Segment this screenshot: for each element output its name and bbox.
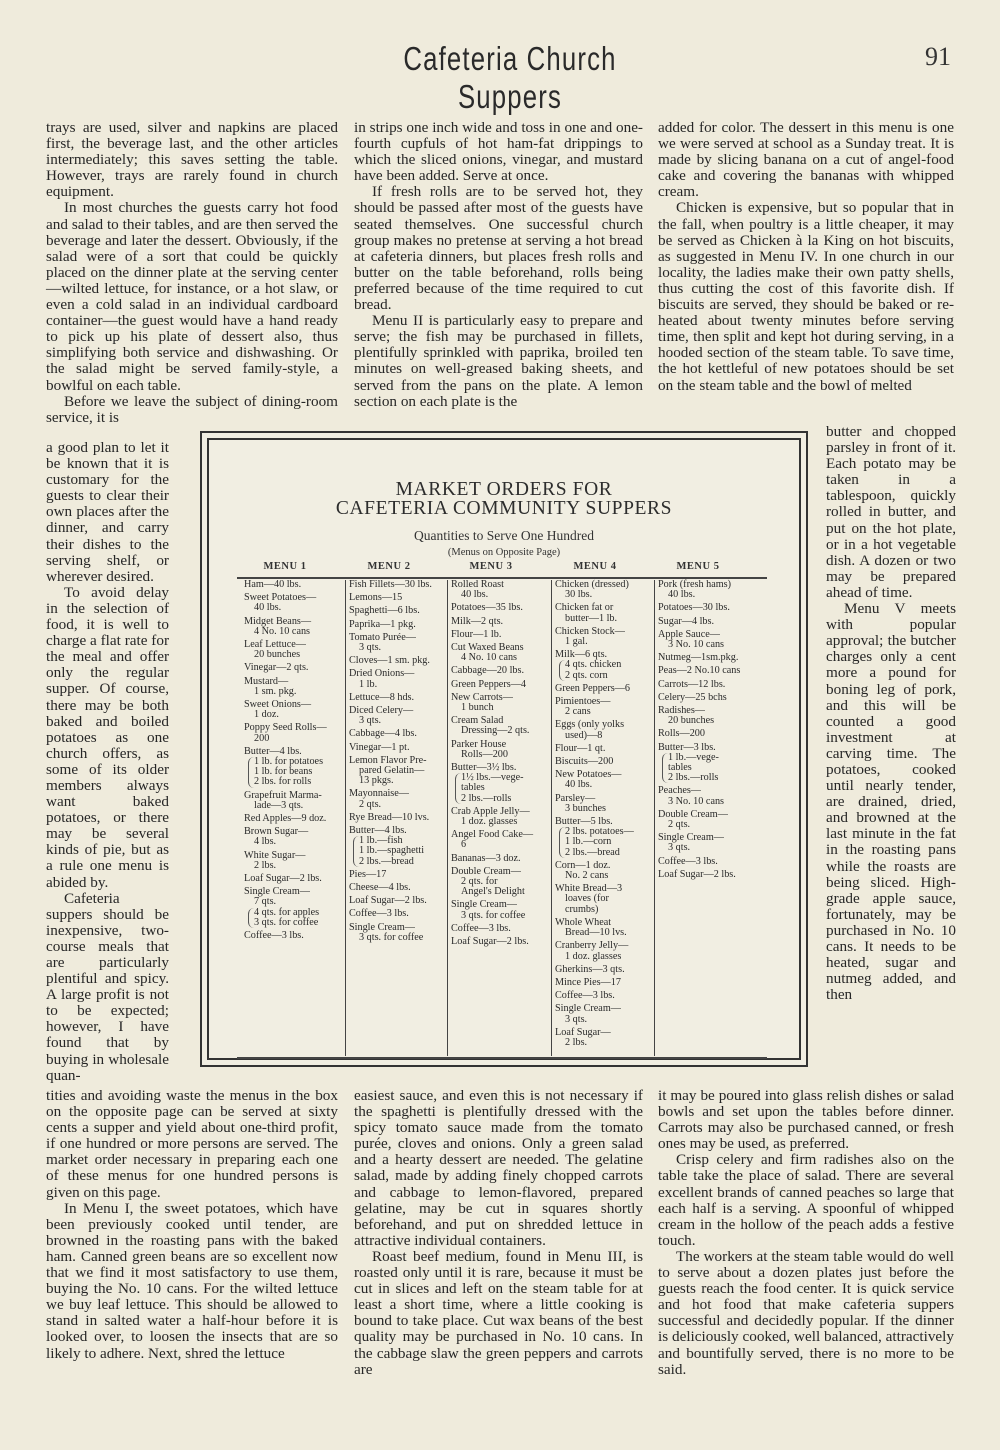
item-breakdown-brace: 1½ lbs.—vege-tables2 lbs.—rolls bbox=[455, 773, 551, 804]
market-item: Parker HouseRolls—200 bbox=[451, 740, 551, 760]
item-quantity: 20 bunches bbox=[658, 716, 767, 726]
column-3-top: added for color. The dessert in this men… bbox=[658, 120, 954, 394]
market-item: Sugar—4 lbs. bbox=[658, 617, 767, 627]
item-name: Rolls—200 bbox=[658, 729, 767, 739]
item-quantity: Angel's Delight bbox=[451, 887, 551, 897]
item-name: Loaf Sugar—2 lbs. bbox=[244, 874, 345, 884]
market-item: Dried Onions—1 lb. bbox=[349, 669, 447, 689]
market-item: Lettuce—8 hds. bbox=[349, 693, 447, 703]
market-item: Coffee—3 lbs. bbox=[244, 931, 345, 941]
item-quantity: 3 qts. bbox=[555, 1015, 654, 1025]
item-name: Cranberry Jelly— bbox=[555, 941, 654, 951]
paragraph: Crisp celery and firm radishes also on t… bbox=[658, 1152, 954, 1249]
page-number: 91 bbox=[925, 42, 951, 72]
market-item: Loaf Sugar—2 lbs. bbox=[349, 896, 447, 906]
item-breakdown-brace: 2 lbs. potatoes—1 lb.—corn2 lbs.—bread bbox=[559, 827, 654, 858]
item-quantity: 3 qts. bbox=[658, 843, 767, 853]
menu-header-1: MENU 1 bbox=[233, 561, 337, 572]
item-quantity: 1 doz. bbox=[244, 710, 345, 720]
item-name: Vinegar—1 pt. bbox=[349, 743, 447, 753]
market-item: Mustard—1 sm. pkg. bbox=[244, 677, 345, 697]
item-name: Potatoes—35 lbs. bbox=[451, 603, 551, 613]
market-item: Poppy Seed Rolls—200 bbox=[244, 723, 345, 743]
item-quantity: Rolls—200 bbox=[451, 750, 551, 760]
menu-5-list: Pork (fresh hams)40 lbs.Potatoes—30 lbs.… bbox=[654, 580, 767, 1056]
column-1-top: trays are used, silver and napkins are p… bbox=[46, 120, 338, 426]
item-quantity: 1 lb. bbox=[349, 680, 447, 690]
item-name: Angel Food Cake— bbox=[451, 830, 551, 840]
item-name: Bananas—3 doz. bbox=[451, 854, 551, 864]
item-name: Biscuits—200 bbox=[555, 757, 654, 767]
item-name: Lettuce—8 hds. bbox=[349, 693, 447, 703]
market-item: Ham—40 lbs. bbox=[244, 580, 345, 590]
item-name: Green Peppers—4 bbox=[451, 680, 551, 690]
market-item: Corn—1 doz.No. 2 cans bbox=[555, 861, 654, 881]
market-item: Cheese—4 lbs. bbox=[349, 883, 447, 893]
item-quantity: crumbs) bbox=[555, 905, 654, 915]
market-item: Rolled Roast40 lbs. bbox=[451, 580, 551, 600]
paragraph: In Menu I, the sweet potatoes, which hav… bbox=[46, 1201, 338, 1362]
market-item: Chicken Stock—1 gal. bbox=[555, 627, 654, 647]
market-item: Crab Apple Jelly—1 doz. glasses bbox=[451, 807, 551, 827]
market-item: Single Cream—3 qts. for coffee bbox=[349, 923, 447, 943]
market-item: Potatoes—35 lbs. bbox=[451, 603, 551, 613]
market-item: Butter—3 lbs.1 lb.—vege-tables2 lbs.—rol… bbox=[658, 743, 767, 784]
paragraph: added for color. The dessert in this men… bbox=[658, 120, 954, 200]
item-name: Spaghetti—6 lbs. bbox=[349, 606, 447, 616]
running-head: Cafeteria Church Suppers 91 bbox=[0, 40, 1000, 80]
item-name: Coffee—3 lbs. bbox=[451, 924, 551, 934]
market-item: Vinegar—2 qts. bbox=[244, 663, 345, 673]
item-quantity: Dressing—2 qts. bbox=[451, 726, 551, 736]
paragraph: trays are used, silver and napkins are p… bbox=[46, 120, 338, 200]
market-item: Angel Food Cake—6 bbox=[451, 830, 551, 850]
market-item: Butter—4 lbs.1 lb. for potatoes1 lb. for… bbox=[244, 747, 345, 788]
market-item: Single Cream—3 qts. for coffee bbox=[451, 900, 551, 920]
menu-header-3: MENU 3 bbox=[439, 561, 543, 572]
market-item: Cut Waxed Beans4 No. 10 cans bbox=[451, 643, 551, 663]
paragraph: Roast beef medium, found in Menu III, is… bbox=[354, 1249, 643, 1378]
item-quantity: 6 bbox=[451, 840, 551, 850]
item-quantity: 1 sm. pkg. bbox=[244, 687, 345, 697]
market-item: New Carrots—1 bunch bbox=[451, 693, 551, 713]
market-item: Green Peppers—4 bbox=[451, 680, 551, 690]
item-quantity: 1 doz. glasses bbox=[555, 952, 654, 962]
market-item: Loaf Sugar—2 lbs. bbox=[658, 870, 767, 880]
item-quantity: 3 qts. bbox=[349, 716, 447, 726]
item-name: Flour—1 lb. bbox=[451, 630, 551, 640]
item-name: Carrots—12 lbs. bbox=[658, 680, 767, 690]
item-name: Ham—40 lbs. bbox=[244, 580, 345, 590]
market-item: Cream SaladDressing—2 qts. bbox=[451, 716, 551, 736]
menu-3-list: Rolled Roast40 lbs.Potatoes—35 lbs.Milk—… bbox=[447, 580, 551, 1056]
paragraph: Menu V meets with popular approval; the … bbox=[826, 601, 956, 1003]
item-quantity: 1 gal. bbox=[555, 637, 654, 647]
item-name: Loaf Sugar—2 lbs. bbox=[349, 896, 447, 906]
item-quantity: 2 qts. bbox=[658, 820, 767, 830]
item-breakdown: 2 lbs.—rolls bbox=[456, 794, 551, 804]
item-quantity: used)—8 bbox=[555, 731, 654, 741]
market-item: Milk—6 qts.4 qts. chicken2 qts. corn bbox=[555, 650, 654, 681]
item-quantity: Bread—10 lvs. bbox=[555, 928, 654, 938]
market-item: Single Cream—3 qts. bbox=[658, 833, 767, 853]
item-quantity: 40 lbs. bbox=[555, 780, 654, 790]
item-name: Coffee—3 lbs. bbox=[244, 931, 345, 941]
market-item: Fish Fillets—30 lbs. bbox=[349, 580, 447, 590]
market-item: Paprika—1 pkg. bbox=[349, 620, 447, 630]
market-item: White Sugar—2 lbs. bbox=[244, 851, 345, 871]
item-name: Single Cream— bbox=[555, 1004, 654, 1014]
item-name: Lemons—15 bbox=[349, 593, 447, 603]
market-item: Carrots—12 lbs. bbox=[658, 680, 767, 690]
paragraph: it may be poured into glass relish dishe… bbox=[658, 1088, 954, 1152]
column-2-top: in strips one inch wide and toss in one … bbox=[354, 120, 643, 410]
item-quantity: 2 lbs. bbox=[244, 861, 345, 871]
item-quantity: lade—3 qts. bbox=[244, 801, 345, 811]
market-item: Spaghetti—6 lbs. bbox=[349, 606, 447, 616]
column-3-bottom: it may be poured into glass relish dishe… bbox=[658, 1088, 954, 1378]
market-item: Coffee—3 lbs. bbox=[451, 924, 551, 934]
item-quantity: 3 No. 10 cans bbox=[658, 797, 767, 807]
column-2-bottom: easiest sauce, and even this is not nece… bbox=[354, 1088, 643, 1378]
market-item: Butter—4 lbs.1 lb.—fish1 lb.—spaghetti2 … bbox=[349, 826, 447, 867]
market-item: Single Cream—7 qts.4 qts. for apples3 qt… bbox=[244, 887, 345, 928]
market-item: Eggs (only yolksused)—8 bbox=[555, 720, 654, 740]
column-3-wrap: butter and chopped parsley in front of i… bbox=[826, 424, 956, 1003]
market-item: Cloves—1 sm. pkg. bbox=[349, 656, 447, 666]
paragraph: If fresh rolls are to be served hot, the… bbox=[354, 184, 643, 313]
item-breakdown: 2 lbs.—rolls bbox=[663, 773, 767, 783]
market-item: Bananas—3 doz. bbox=[451, 854, 551, 864]
paragraph: Before we leave the subject of dining-ro… bbox=[46, 394, 338, 426]
item-quantity: 20 bunches bbox=[244, 650, 345, 660]
market-item: Brown Sugar—4 lbs. bbox=[244, 827, 345, 847]
item-name: Paprika—1 pkg. bbox=[349, 620, 447, 630]
box-note: (Menus on Opposite Page) bbox=[209, 547, 799, 558]
paragraph: Chicken is expensive, but so popular tha… bbox=[658, 200, 954, 393]
market-item: Vinegar—1 pt. bbox=[349, 743, 447, 753]
market-item: Parsley—3 bunches bbox=[555, 794, 654, 814]
market-item: Loaf Sugar—2 lbs. bbox=[451, 937, 551, 947]
menu-1-list: Ham—40 lbs.Sweet Potatoes—40 lbs.Midget … bbox=[241, 580, 345, 1056]
item-quantity: 3 qts. for coffee bbox=[451, 911, 551, 921]
market-item: Butter—5 lbs.2 lbs. potatoes—1 lb.—corn2… bbox=[555, 817, 654, 858]
item-name: Mince Pies—17 bbox=[555, 978, 654, 988]
item-name: Cheese—4 lbs. bbox=[349, 883, 447, 893]
market-item: Loaf Sugar—2 lbs. bbox=[555, 1028, 654, 1048]
box-subtitle: Quantities to Serve One Hundred bbox=[209, 528, 799, 544]
market-item: Single Cream—3 qts. bbox=[555, 1004, 654, 1024]
market-item: Rolls—200 bbox=[658, 729, 767, 739]
menu-columns: Ham—40 lbs.Sweet Potatoes—40 lbs.Midget … bbox=[241, 580, 767, 1056]
menu-2-list: Fish Fillets—30 lbs.Lemons—15Spaghetti—6… bbox=[345, 580, 447, 1056]
market-item: Grapefruit Marma-lade—3 qts. bbox=[244, 791, 345, 811]
item-name: Pies—17 bbox=[349, 870, 447, 880]
market-item: Pies—17 bbox=[349, 870, 447, 880]
item-quantity: 200 bbox=[244, 734, 345, 744]
market-item: Leaf Lettuce—20 bunches bbox=[244, 640, 345, 660]
market-item: Radishes—20 bunches bbox=[658, 706, 767, 726]
market-item: Coffee—3 lbs. bbox=[349, 909, 447, 919]
item-breakdown: 2 lbs.—bread bbox=[354, 857, 447, 867]
market-item: Diced Celery—3 qts. bbox=[349, 706, 447, 726]
item-breakdown: 3 qts. for coffee bbox=[249, 918, 345, 928]
item-quantity: 4 No. 10 cans bbox=[451, 653, 551, 663]
market-item: Biscuits—200 bbox=[555, 757, 654, 767]
market-item: Whole WheatBread—10 lvs. bbox=[555, 918, 654, 938]
magazine-page: Cafeteria Church Suppers 91 trays are us… bbox=[0, 0, 1000, 1450]
market-item: Red Apples—9 doz. bbox=[244, 814, 345, 824]
item-name: Loaf Sugar—2 lbs. bbox=[658, 870, 767, 880]
paragraph: The workers at the steam table would do … bbox=[658, 1249, 954, 1378]
menu-headers-row: MENU 1MENU 2MENU 3MENU 4MENU 5 bbox=[237, 561, 767, 579]
item-quantity: 4 lbs. bbox=[244, 837, 345, 847]
market-item: Gherkins—3 qts. bbox=[555, 965, 654, 975]
item-quantity: No. 2 cans bbox=[555, 871, 654, 881]
paragraph: Menu II is particularly easy to prepare … bbox=[354, 313, 643, 410]
menu-4-list: Chicken (dressed)30 lbs.Chicken fat orbu… bbox=[551, 580, 654, 1056]
market-item: Cabbage—4 lbs. bbox=[349, 729, 447, 739]
market-item: Nutmeg—1sm.pkg. bbox=[658, 653, 767, 663]
item-quantity: 2 lbs. bbox=[555, 1038, 654, 1048]
item-name: Nutmeg—1sm.pkg. bbox=[658, 653, 767, 663]
paragraph: To avoid delay in the selection of food,… bbox=[46, 585, 169, 891]
item-name: Coffee—3 lbs. bbox=[555, 991, 654, 1001]
menu-header-5: MENU 5 bbox=[646, 561, 750, 572]
market-item: Potatoes—30 lbs. bbox=[658, 603, 767, 613]
market-item: Apple Sauce—3 No. 10 cans bbox=[658, 630, 767, 650]
market-item: Butter—3½ lbs.1½ lbs.—vege-tables2 lbs.—… bbox=[451, 763, 551, 804]
item-breakdown-brace: 1 lb.—fish1 lb.—spaghetti2 lbs.—bread bbox=[353, 836, 447, 867]
item-quantity: 1 doz. glasses bbox=[451, 817, 551, 827]
item-quantity: 13 pkgs. bbox=[349, 776, 447, 786]
market-item: Peas—2 No.10 cans bbox=[658, 666, 767, 676]
item-quantity: 2 qts. bbox=[349, 800, 447, 810]
item-name: Flour—1 qt. bbox=[555, 744, 654, 754]
market-item: Double Cream—2 qts. forAngel's Delight bbox=[451, 867, 551, 898]
item-name: Coffee—3 lbs. bbox=[349, 909, 447, 919]
item-name: Cabbage—4 lbs. bbox=[349, 729, 447, 739]
item-quantity: 40 lbs. bbox=[658, 590, 767, 600]
market-item: Rye Bread—10 lvs. bbox=[349, 813, 447, 823]
column-1-bottom: tities and avoiding waste the menus in t… bbox=[46, 1088, 338, 1362]
item-name: Milk—2 qts. bbox=[451, 617, 551, 627]
item-name: Fish Fillets—30 lbs. bbox=[349, 580, 447, 590]
market-item: Sweet Potatoes—40 lbs. bbox=[244, 593, 345, 613]
menu-header-4: MENU 4 bbox=[543, 561, 647, 572]
item-name: Peas—2 No.10 cans bbox=[658, 666, 767, 676]
market-item: Celery—25 bchs bbox=[658, 693, 767, 703]
item-quantity: 40 lbs. bbox=[451, 590, 551, 600]
item-name: Green Peppers—6 bbox=[555, 684, 654, 694]
box-title: MARKET ORDERS FOR CAFETERIA COMMUNITY SU… bbox=[209, 480, 799, 518]
item-quantity: 1 bunch bbox=[451, 703, 551, 713]
market-orders-box: MARKET ORDERS FOR CAFETERIA COMMUNITY SU… bbox=[200, 431, 808, 1067]
market-item: Midget Beans—4 No. 10 cans bbox=[244, 617, 345, 637]
market-item: Coffee—3 lbs. bbox=[658, 857, 767, 867]
paragraph: easiest sauce, and even this is not nece… bbox=[354, 1088, 643, 1249]
item-quantity: 30 lbs. bbox=[555, 590, 654, 600]
box-bottom-rule bbox=[237, 1057, 767, 1059]
market-item: Chicken (dressed)30 lbs. bbox=[555, 580, 654, 600]
item-name: Coffee—3 lbs. bbox=[658, 857, 767, 867]
paragraph: Cafeteria suppers should be inexpensive,… bbox=[46, 891, 169, 1084]
column-1-wrap: a good plan to let it be known that it i… bbox=[46, 440, 169, 1084]
paragraph: tities and avoiding waste the menus in t… bbox=[46, 1088, 338, 1201]
box-title-line-1: MARKET ORDERS FOR bbox=[209, 480, 799, 499]
market-item: New Potatoes—40 lbs. bbox=[555, 770, 654, 790]
paragraph: a good plan to let it be known that it i… bbox=[46, 440, 169, 585]
item-name: Cloves—1 sm. pkg. bbox=[349, 656, 447, 666]
item-breakdown-brace: 4 qts. for apples3 qts. for coffee bbox=[248, 908, 345, 928]
item-quantity: butter—1 lb. bbox=[555, 614, 654, 624]
item-name: Potatoes—30 lbs. bbox=[658, 603, 767, 613]
menu-header-2: MENU 2 bbox=[337, 561, 441, 572]
market-item: Pork (fresh hams)40 lbs. bbox=[658, 580, 767, 600]
market-item: Pimientoes—2 cans bbox=[555, 697, 654, 717]
item-name: Celery—25 bchs bbox=[658, 693, 767, 703]
market-item: Mayonnaise—2 qts. bbox=[349, 789, 447, 809]
market-item: Tomato Purée—3 qts. bbox=[349, 633, 447, 653]
market-item: Flour—1 qt. bbox=[555, 744, 654, 754]
item-name: Cabbage—20 lbs. bbox=[451, 666, 551, 676]
item-quantity: 3 No. 10 cans bbox=[658, 640, 767, 650]
paragraph: In most churches the guests carry hot fo… bbox=[46, 200, 338, 393]
item-name: Vinegar—2 qts. bbox=[244, 663, 345, 673]
item-quantity: 3 qts. for coffee bbox=[349, 933, 447, 943]
market-orders-inner-frame: MARKET ORDERS FOR CAFETERIA COMMUNITY SU… bbox=[207, 438, 801, 1060]
item-name: Sugar—4 lbs. bbox=[658, 617, 767, 627]
market-item: Peaches—3 No. 10 cans bbox=[658, 786, 767, 806]
item-breakdown: 2 qts. corn bbox=[560, 671, 654, 681]
item-quantity: 40 lbs. bbox=[244, 603, 345, 613]
market-item: Flour—1 lb. bbox=[451, 630, 551, 640]
market-item: Milk—2 qts. bbox=[451, 617, 551, 627]
market-item: Green Peppers—6 bbox=[555, 684, 654, 694]
item-name: Red Apples—9 doz. bbox=[244, 814, 345, 824]
market-item: Cranberry Jelly—1 doz. glasses bbox=[555, 941, 654, 961]
market-item: Loaf Sugar—2 lbs. bbox=[244, 874, 345, 884]
item-breakdown-brace: 4 qts. chicken2 qts. corn bbox=[559, 660, 654, 680]
item-name: Rye Bread—10 lvs. bbox=[349, 813, 447, 823]
market-item: Mince Pies—17 bbox=[555, 978, 654, 988]
market-item: Lemons—15 bbox=[349, 593, 447, 603]
item-quantity: 3 bunches bbox=[555, 804, 654, 814]
item-breakdown-brace: 1 lb.—vege-tables2 lbs.—rolls bbox=[662, 753, 767, 784]
market-item: White Bread—3loaves (forcrumbs) bbox=[555, 884, 654, 915]
paragraph: in strips one inch wide and toss in one … bbox=[354, 120, 643, 184]
market-item: Double Cream—2 qts. bbox=[658, 810, 767, 830]
item-quantity: 4 No. 10 cans bbox=[244, 627, 345, 637]
item-breakdown: 2 lbs.—bread bbox=[560, 848, 654, 858]
market-item: Chicken fat orbutter—1 lb. bbox=[555, 603, 654, 623]
paragraph: butter and chopped parsley in front of i… bbox=[826, 424, 956, 601]
market-item: Cabbage—20 lbs. bbox=[451, 666, 551, 676]
market-item: Coffee—3 lbs. bbox=[555, 991, 654, 1001]
market-item: Sweet Onions—1 doz. bbox=[244, 700, 345, 720]
box-title-line-2: CAFETERIA COMMUNITY SUPPERS bbox=[209, 499, 799, 518]
item-breakdown: 2 lbs. for rolls bbox=[249, 777, 345, 787]
item-name: Gherkins—3 qts. bbox=[555, 965, 654, 975]
item-quantity: 3 qts. bbox=[349, 643, 447, 653]
item-name: Loaf Sugar—2 lbs. bbox=[451, 937, 551, 947]
item-breakdown-brace: 1 lb. for potatoes1 lb. for beans2 lbs. … bbox=[248, 757, 345, 788]
running-title: Cafeteria Church Suppers bbox=[362, 40, 658, 116]
item-quantity: 2 cans bbox=[555, 707, 654, 717]
market-item: Lemon Flavor Pre-pared Gelatin—13 pkgs. bbox=[349, 756, 447, 787]
